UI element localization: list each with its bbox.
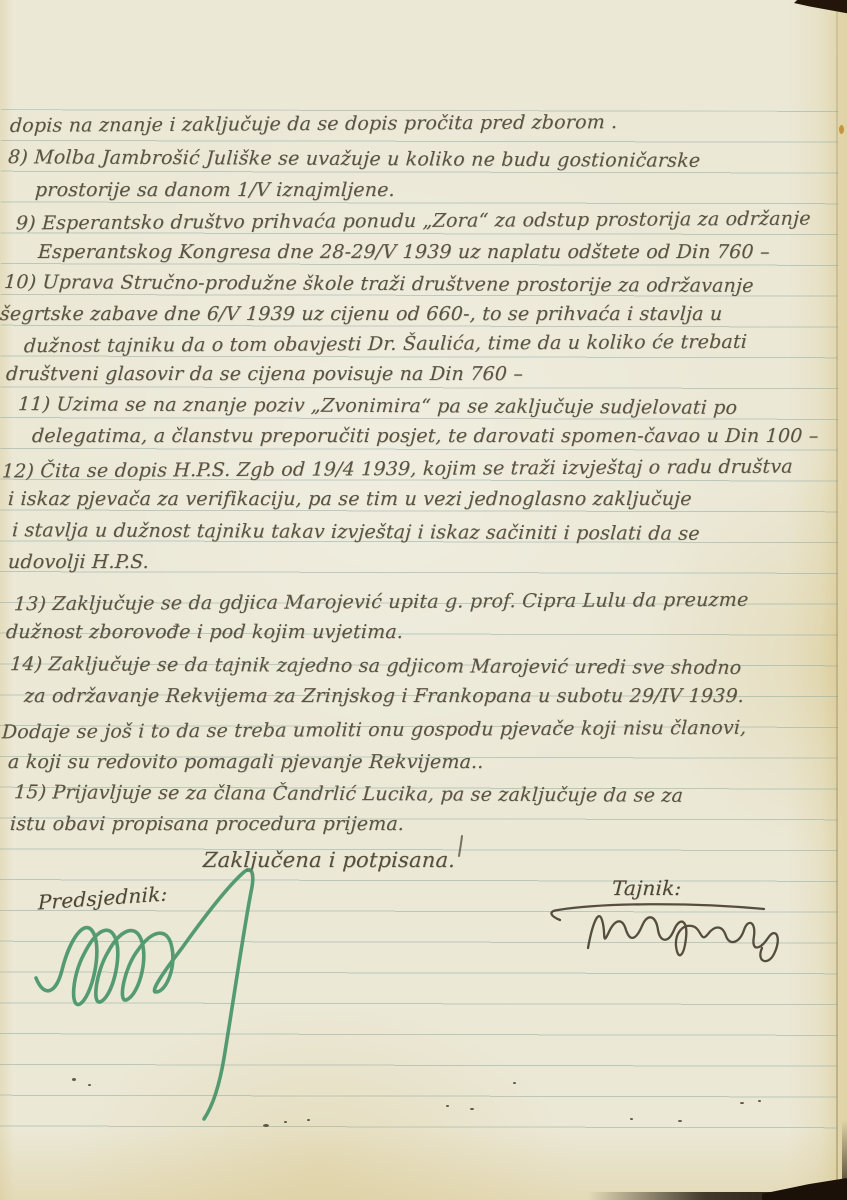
ink-speck: [758, 1100, 761, 1102]
secretary-label: Tajnik:: [611, 876, 682, 900]
handwritten-line: istu obavi propisana procedura prijema.: [9, 812, 404, 836]
handwritten-line: 15) Prijavljuje se za člana Čandrlić Luc…: [13, 780, 683, 808]
ink-speck: [630, 1118, 633, 1120]
handwritten-line: dužnost tajniku da o tom obavjesti Dr. Š…: [23, 330, 747, 358]
handwritten-line: a koji su redovito pomagali pjevanje Rek…: [7, 750, 484, 774]
ink-speck: [72, 1078, 76, 1081]
aged-page-edge: [838, 0, 847, 1200]
handwritten-line: delegatima, a članstvu preporučiti posje…: [31, 424, 819, 448]
ink-speck: [446, 1105, 449, 1107]
handwritten-line: 14) Zaključuje se da tajnik zajedno sa g…: [9, 652, 742, 680]
ink-speck: [307, 1119, 310, 1121]
photo-bottom-edge: [588, 1192, 847, 1200]
edge-shadow: [842, 1120, 847, 1190]
handwritten-line: 12) Čita se dopis H.P.S. Zgb od 19/4 193…: [1, 455, 793, 484]
handwritten-line: dužnost zborovođe i pod kojim uvjetima.: [5, 620, 403, 644]
ink-speck: [470, 1108, 474, 1110]
ink-speck: [740, 1102, 744, 1104]
handwritten-line: Esperantskog Kongresa dne 28-29/V 1939 u…: [37, 240, 770, 264]
handwritten-line: udovolji H.P.S.: [7, 550, 149, 574]
handwritten-line: šegrtske zabave dne 6/V 1939 uz cijenu o…: [0, 302, 723, 326]
handwritten-line: dopis na znanje i zaključuje da se dopis…: [9, 110, 618, 138]
ink-speck: [263, 1124, 269, 1127]
closing-statement: Zaključena i potpisana.: [202, 848, 455, 872]
handwritten-line: i stavlja u dužnost tajniku takav izvješ…: [11, 518, 700, 546]
handwritten-line: Dodaje se još i to da se treba umoliti o…: [1, 716, 747, 745]
handwritten-line: 13) Zaključuje se da gdjica Marojević up…: [13, 588, 749, 616]
handwritten-line: društveni glasovir da se cijena povisuje…: [5, 362, 523, 386]
ink-speck: [513, 1082, 516, 1084]
handwritten-line: prostorije sa danom 1/V iznajmljene.: [34, 178, 395, 202]
handwritten-line: 8) Molba Jambrošić Juliške se uvažuje u …: [7, 145, 701, 173]
handwritten-line: 10) Uprava Stručno-produžne škole traži …: [3, 270, 754, 298]
photographed-notebook-page: { "document": { "language": "Croatian", …: [0, 0, 847, 1200]
ink-speck: [88, 1084, 91, 1086]
ink-speck: [678, 1120, 682, 1122]
ink-speck: [284, 1121, 287, 1123]
handwritten-line: 11) Uzima se na znanje poziv „Zvonimira“…: [17, 392, 737, 420]
handwritten-line: 9) Esperantsko društvo prihvaća ponudu „…: [15, 207, 811, 236]
handwritten-line: za održavanje Rekvijema za Zrinjskog i F…: [23, 684, 744, 708]
handwritten-line: i iskaz pjevača za verifikaciju, pa se t…: [7, 487, 692, 511]
edge-mark: [839, 125, 844, 134]
